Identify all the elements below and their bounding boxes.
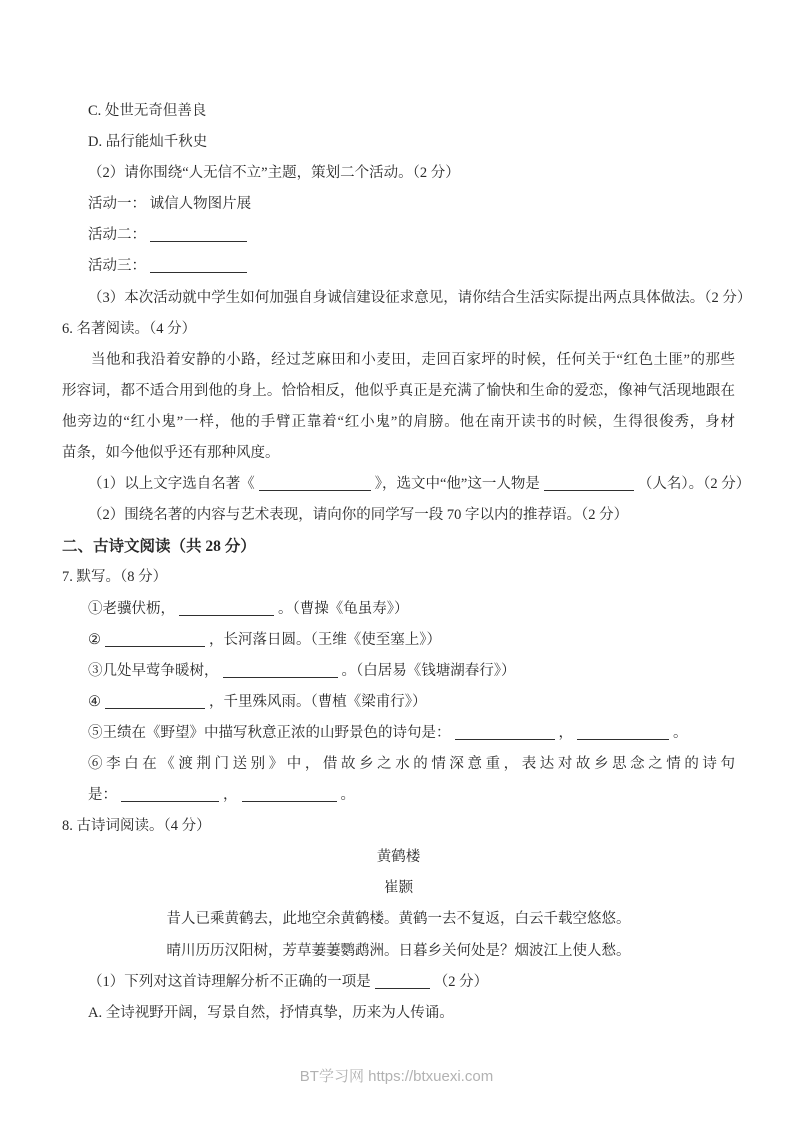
novel-excerpt-line: 当他和我沿着安静的小路，经过芝麻田和小麦田，走回百家坪的时候，任何关于“红色土匪…: [62, 345, 735, 376]
q5-part2-prompt: （2）请你围绕“人无信不立”主题，策划二个活动。（2 分）: [88, 158, 735, 189]
q7-item-6-text: ⑥李白在《渡荆门送别》中，借故乡之水的情深意重，表达对故乡思念之情的诗句: [88, 756, 735, 772]
answer-blank: [577, 726, 669, 740]
answer-blank: [259, 477, 371, 491]
q7-item-3-post: 。（白居易《钱塘湖春行》）: [342, 663, 516, 679]
answer-blank: [223, 664, 338, 678]
activity-2-label: 活动二：: [88, 227, 146, 243]
activity-3-row: 活动三：: [88, 251, 735, 282]
poem-line-1: 昔人已乘黄鹤去，此地空余黄鹤楼。黄鹤一去不复返，白云千载空悠悠。: [62, 904, 735, 935]
q7-item-1-pre: ①老骥伏枥，: [88, 601, 175, 617]
q7-item-1: ①老骥伏枥，。（曹操《龟虽寿》）: [88, 594, 735, 625]
q8-part1-row: （1）下列对这首诗理解分析不正确的一项是（2 分）: [88, 967, 735, 998]
q6-part1-post: （人名）。（2 分）: [638, 476, 750, 492]
q7-item-2-pre: ②: [88, 632, 101, 648]
q8-part1-post: （2 分）: [434, 974, 488, 990]
novel-excerpt-line: 他旁边的“红小鬼”一样，他的手臂正靠着“红小鬼”的肩膀。他在南开读书的时候，生得…: [62, 407, 735, 438]
option-c: C. 处世无奇但善良: [88, 96, 735, 127]
poem-line-2: 晴川历历汉阳树，芳草萋萋鹦鹉洲。日暮乡关何处是？烟波江上使人愁。: [62, 936, 735, 967]
page-footer: BT学习网 https://btxuexi.com: [0, 1066, 793, 1088]
q7-item-5-mid: ，: [559, 725, 574, 741]
q7-item-2: ②，长河落日圆。（王维《使至塞上》）: [88, 625, 735, 656]
poem-title-text: 黄鹤楼: [377, 849, 421, 865]
answer-blank: [179, 602, 274, 616]
excerpt-line-2: 形容词，都不适合用到他的身上。恰恰相反，他似乎真正是充满了愉快和生命的爱恋，像神…: [62, 383, 735, 399]
q7-item-6-line2-post: 。: [341, 787, 356, 803]
q7-item-6-line2-mid: ，: [223, 787, 238, 803]
q6-part2-prompt: （2）围绕名著的内容与艺术表现，请向你的同学写一段 70 字以内的推荐语。（2 …: [88, 500, 735, 531]
q6-part1-row: （1）以上文字选自名著《》，选文中“他”这一人物是（人名）。（2 分）: [88, 469, 735, 500]
q8-option-a-text: A. 全诗视野开阔，写景自然，抒情真挚，历来为人传诵。: [88, 1005, 454, 1021]
section-heading: 二、古诗文阅读（共 28 分）: [62, 531, 735, 562]
answer-blank: [121, 788, 219, 802]
q6-part2-text: （2）围绕名著的内容与艺术表现，请向你的同学写一段 70 字以内的推荐语。（2 …: [88, 507, 628, 523]
q7-title-text: 7. 默写。（8 分）: [62, 569, 167, 585]
answer-blank: [544, 477, 634, 491]
q7-title: 7. 默写。（8 分）: [62, 562, 735, 593]
excerpt-line-4: 苗条，如今他似乎还有那种风度。: [62, 445, 280, 461]
option-c-text: C. 处世无奇但善良: [88, 103, 206, 119]
activity-1-value: 诚信人物图片展: [150, 196, 252, 212]
excerpt-line-3: 他旁边的“红小鬼”一样，他的手臂正靠着“红小鬼”的肩膀。他在南开读书的时候，生得…: [62, 414, 735, 430]
answer-blank: [150, 259, 247, 273]
q5-part3-text: （3）本次活动就中学生如何加强自身诚信建设征求意见，请你结合生活实际提出两点具体…: [88, 290, 751, 306]
option-d-text: D. 品行能灿千秋史: [88, 134, 207, 150]
answer-blank: [375, 975, 430, 989]
poem-author: 崔颢: [62, 873, 735, 904]
section-heading-text: 二、古诗文阅读（共 28 分）: [62, 538, 256, 555]
q6-part1-pre: （1）以上文字选自名著《: [88, 476, 255, 492]
q6-title: 6. 名著阅读。（4 分）: [62, 314, 735, 345]
q8-part1-pre: （1）下列对这首诗理解分析不正确的一项是: [88, 974, 371, 990]
novel-excerpt-line: 形容词，都不适合用到他的身上。恰恰相反，他似乎真正是充满了愉快和生命的爱恋，像神…: [62, 376, 735, 407]
q8-title: 8. 古诗词阅读。（4 分）: [62, 811, 735, 842]
q7-item-4-post: ，千里殊风雨。（曹植《梁甫行》）: [209, 694, 427, 710]
answer-blank: [150, 228, 247, 242]
activity-1-row: 活动一： 诚信人物图片展: [88, 189, 735, 220]
q7-item-6-line2: 是：，。: [88, 780, 735, 811]
q7-item-6-line1: ⑥李白在《渡荆门送别》中，借故乡之水的情深意重，表达对故乡思念之情的诗句: [88, 749, 735, 780]
q5-part2-text: （2）请你围绕“人无信不立”主题，策划二个活动。（2 分）: [88, 165, 460, 181]
answer-blank: [242, 788, 337, 802]
q5-part3-prompt: （3）本次活动就中学生如何加强自身诚信建设征求意见，请你结合生活实际提出两点具体…: [88, 283, 735, 314]
poem-author-text: 崔颢: [384, 880, 413, 896]
q7-item-5-post: 。: [673, 725, 688, 741]
footer-site-link: BT学习网 https://btxuexi.com: [300, 1068, 493, 1085]
answer-blank: [105, 633, 205, 647]
activity-2-row: 活动二：: [88, 220, 735, 251]
novel-excerpt-line: 苗条，如今他似乎还有那种风度。: [62, 438, 735, 469]
q6-title-text: 6. 名著阅读。（4 分）: [62, 321, 196, 337]
q7-item-2-post: ，长河落日圆。（王维《使至塞上》）: [209, 632, 441, 648]
option-d: D. 品行能灿千秋史: [88, 127, 735, 158]
q7-item-4-pre: ④: [88, 694, 101, 710]
poem-title: 黄鹤楼: [62, 842, 735, 873]
answer-blank: [455, 726, 555, 740]
activity-3-label: 活动三：: [88, 258, 146, 274]
q6-part1-mid: 》，选文中“他”这一人物是: [375, 476, 540, 492]
q7-item-5-pre: ⑤王绩在《野望》中描写秋意正浓的山野景色的诗句是：: [88, 725, 451, 741]
q8-option-a: A. 全诗视野开阔，写景自然，抒情真挚，历来为人传诵。: [88, 998, 735, 1029]
poem-line-2-text: 晴川历历汉阳树，芳草萋萋鹦鹉洲。日暮乡关何处是？烟波江上使人愁。: [167, 943, 631, 959]
q7-item-5: ⑤王绩在《野望》中描写秋意正浓的山野景色的诗句是：，。: [88, 718, 735, 749]
q8-title-text: 8. 古诗词阅读。（4 分）: [62, 818, 211, 834]
exam-content: C. 处世无奇但善良 D. 品行能灿千秋史 （2）请你围绕“人无信不立”主题，策…: [62, 96, 735, 1029]
excerpt-line-1: 当他和我沿着安静的小路，经过芝麻田和小麦田，走回百家坪的时候，任何关于“红色土匪…: [91, 352, 735, 368]
q7-item-1-post: 。（曹操《龟虽寿》）: [278, 601, 409, 617]
q7-item-4: ④，千里殊风雨。（曹植《梁甫行》）: [88, 687, 735, 718]
poem-line-1-text: 昔人已乘黄鹤去，此地空余黄鹤楼。黄鹤一去不复返，白云千载空悠悠。: [167, 911, 631, 927]
q7-item-3: ③几处早莺争暖树，。（白居易《钱塘湖春行》）: [88, 656, 735, 687]
q7-item-6-line2-pre: 是：: [88, 787, 117, 803]
activity-1-label: 活动一：: [88, 196, 146, 212]
q7-item-3-pre: ③几处早莺争暖树，: [88, 663, 219, 679]
exam-page: C. 处世无奇但善良 D. 品行能灿千秋史 （2）请你围绕“人无信不立”主题，策…: [0, 0, 793, 1122]
answer-blank: [105, 695, 205, 709]
